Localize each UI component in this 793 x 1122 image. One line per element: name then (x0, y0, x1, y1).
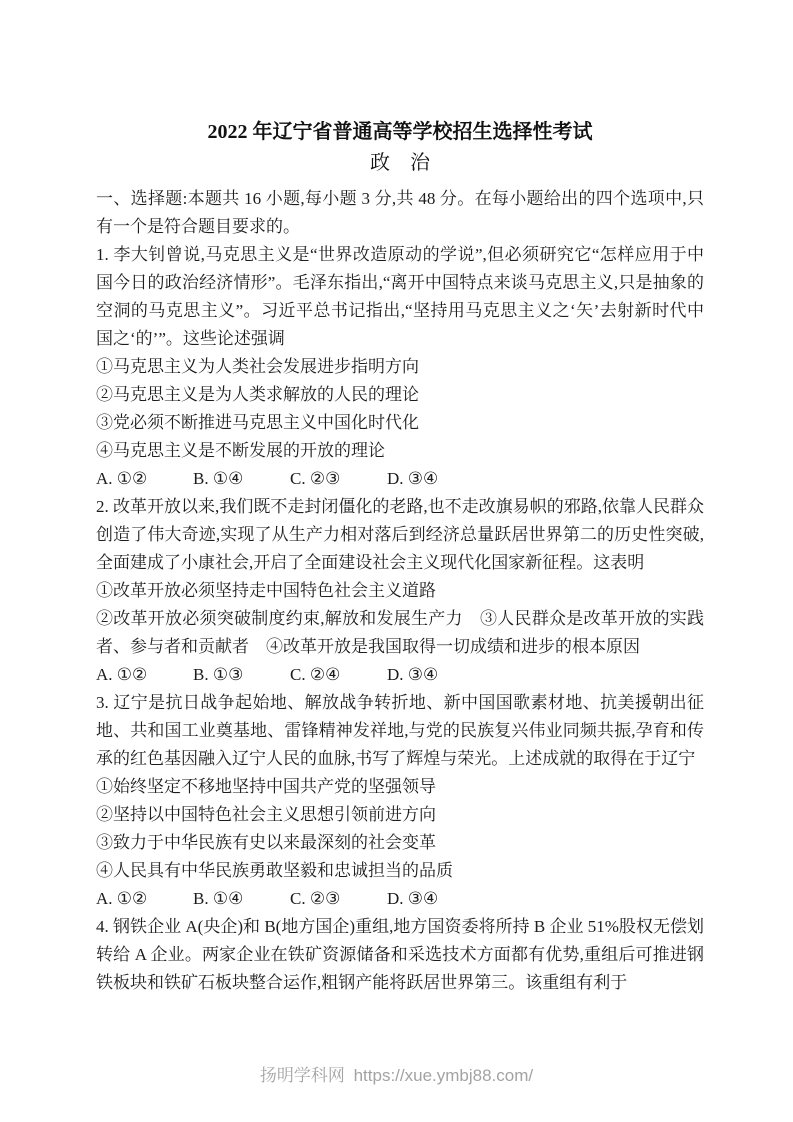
footer-credit: 扬明学科网 https://xue.ymbj88.com/ (0, 1062, 793, 1090)
answer-option-a: A. ①② (96, 465, 193, 493)
page-title: 2022 年辽宁省普通高等学校招生选择性考试 (96, 119, 704, 146)
question-number: 1. (96, 245, 109, 264)
choice-item: ③致力于中华民族有史以来最深刻的社会变革 (96, 829, 704, 857)
choice-item: ③党必须不断推进马克思主义中国化时代化 (96, 409, 704, 437)
answer-option-b: B. ①④ (193, 465, 290, 493)
question-stem: 2. 改革开放以来,我们既不走封闭僵化的老路,也不走改旗易帜的邪路,依靠人民群众… (96, 493, 704, 577)
footer-site-name: 扬明学科网 (258, 1066, 347, 1085)
answer-options-row: A. ①② B. ①④ C. ②③ D. ③④ (96, 885, 704, 913)
answer-option-a: A. ①② (96, 885, 193, 913)
question-stem-text: 辽宁是抗日战争起始地、解放战争转折地、新中国国歌素材地、抗美援朝出征地、共和国工… (96, 693, 704, 768)
question-number: 2. (96, 497, 109, 516)
answer-option-a: A. ①② (96, 661, 193, 689)
question-block-2: 2. 改革开放以来,我们既不走封闭僵化的老路,也不走改旗易帜的邪路,依靠人民群众… (96, 493, 704, 689)
answer-option-d: D. ③④ (387, 885, 484, 913)
exam-content: 2022 年辽宁省普通高等学校招生选择性考试 政 治 一、选择题:本题共 16 … (96, 119, 704, 997)
question-stem: 1. 李大钊曾说,马克思主义是“世界改造原动的学说”,但必须研究它“怎样应用于中… (96, 241, 704, 353)
question-block-3: 3. 辽宁是抗日战争起始地、解放战争转折地、新中国国歌素材地、抗美援朝出征地、共… (96, 689, 704, 913)
exam-paper-page: 2022 年辽宁省普通高等学校招生选择性考试 政 治 一、选择题:本题共 16 … (0, 0, 793, 1122)
question-stem: 4. 钢铁企业 A(央企)和 B(地方国企)重组,地方国资委将所持 B 企业 5… (96, 913, 704, 997)
choice-item: ①马克思主义为人类社会发展进步指明方向 (96, 353, 704, 381)
answer-options-row: A. ①② B. ①④ C. ②③ D. ③④ (96, 465, 704, 493)
choice-item: ①改革开放必须坚持走中国特色社会主义道路 (96, 577, 704, 605)
question-block-4: 4. 钢铁企业 A(央企)和 B(地方国企)重组,地方国资委将所持 B 企业 5… (96, 913, 704, 997)
question-stem-text: 改革开放以来,我们既不走封闭僵化的老路,也不走改旗易帜的邪路,依靠人民群众创造了… (96, 497, 704, 572)
answer-option-b: B. ①④ (193, 885, 290, 913)
answer-option-d: D. ③④ (387, 661, 484, 689)
answer-option-c: C. ②④ (290, 661, 387, 689)
answer-option-d: D. ③④ (387, 465, 484, 493)
choice-item: ②坚持以中国特色社会主义思想引领前进方向 (96, 801, 704, 829)
question-number: 4. (96, 917, 109, 936)
answer-options-row: A. ①② B. ①③ C. ②④ D. ③④ (96, 661, 704, 689)
answer-option-c: C. ②③ (290, 465, 387, 493)
choice-item: ①始终坚定不移地坚持中国共产党的坚强领导 (96, 773, 704, 801)
question-number: 3. (96, 693, 109, 712)
choice-item: ④人民具有中华民族勇敢坚毅和忠诚担当的品质 (96, 857, 704, 885)
question-block-1: 1. 李大钊曾说,马克思主义是“世界改造原动的学说”,但必须研究它“怎样应用于中… (96, 241, 704, 493)
section-instructions: 一、选择题:本题共 16 小题,每小题 3 分,共 48 分。在每小题给出的四个… (96, 185, 704, 241)
answer-option-c: C. ②③ (290, 885, 387, 913)
choice-item: ④马克思主义是不断发展的开放的理论 (96, 437, 704, 465)
choice-item: ②马克思主义是为人类求解放的人民的理论 (96, 381, 704, 409)
footer-site-url: https://xue.ymbj88.com/ (352, 1066, 536, 1085)
subject-title: 政 治 (96, 150, 704, 177)
question-stem: 3. 辽宁是抗日战争起始地、解放战争转折地、新中国国歌素材地、抗美援朝出征地、共… (96, 689, 704, 773)
question-stem-text: 李大钊曾说,马克思主义是“世界改造原动的学说”,但必须研究它“怎样应用于中国今日… (96, 245, 704, 348)
question-stem-text: 钢铁企业 A(央企)和 B(地方国企)重组,地方国资委将所持 B 企业 51%股… (96, 917, 704, 992)
answer-option-b: B. ①③ (193, 661, 290, 689)
choice-item: ②改革开放必须突破制度约束,解放和发展生产力 ③人民群众是改革开放的实践者、参与… (96, 605, 704, 661)
